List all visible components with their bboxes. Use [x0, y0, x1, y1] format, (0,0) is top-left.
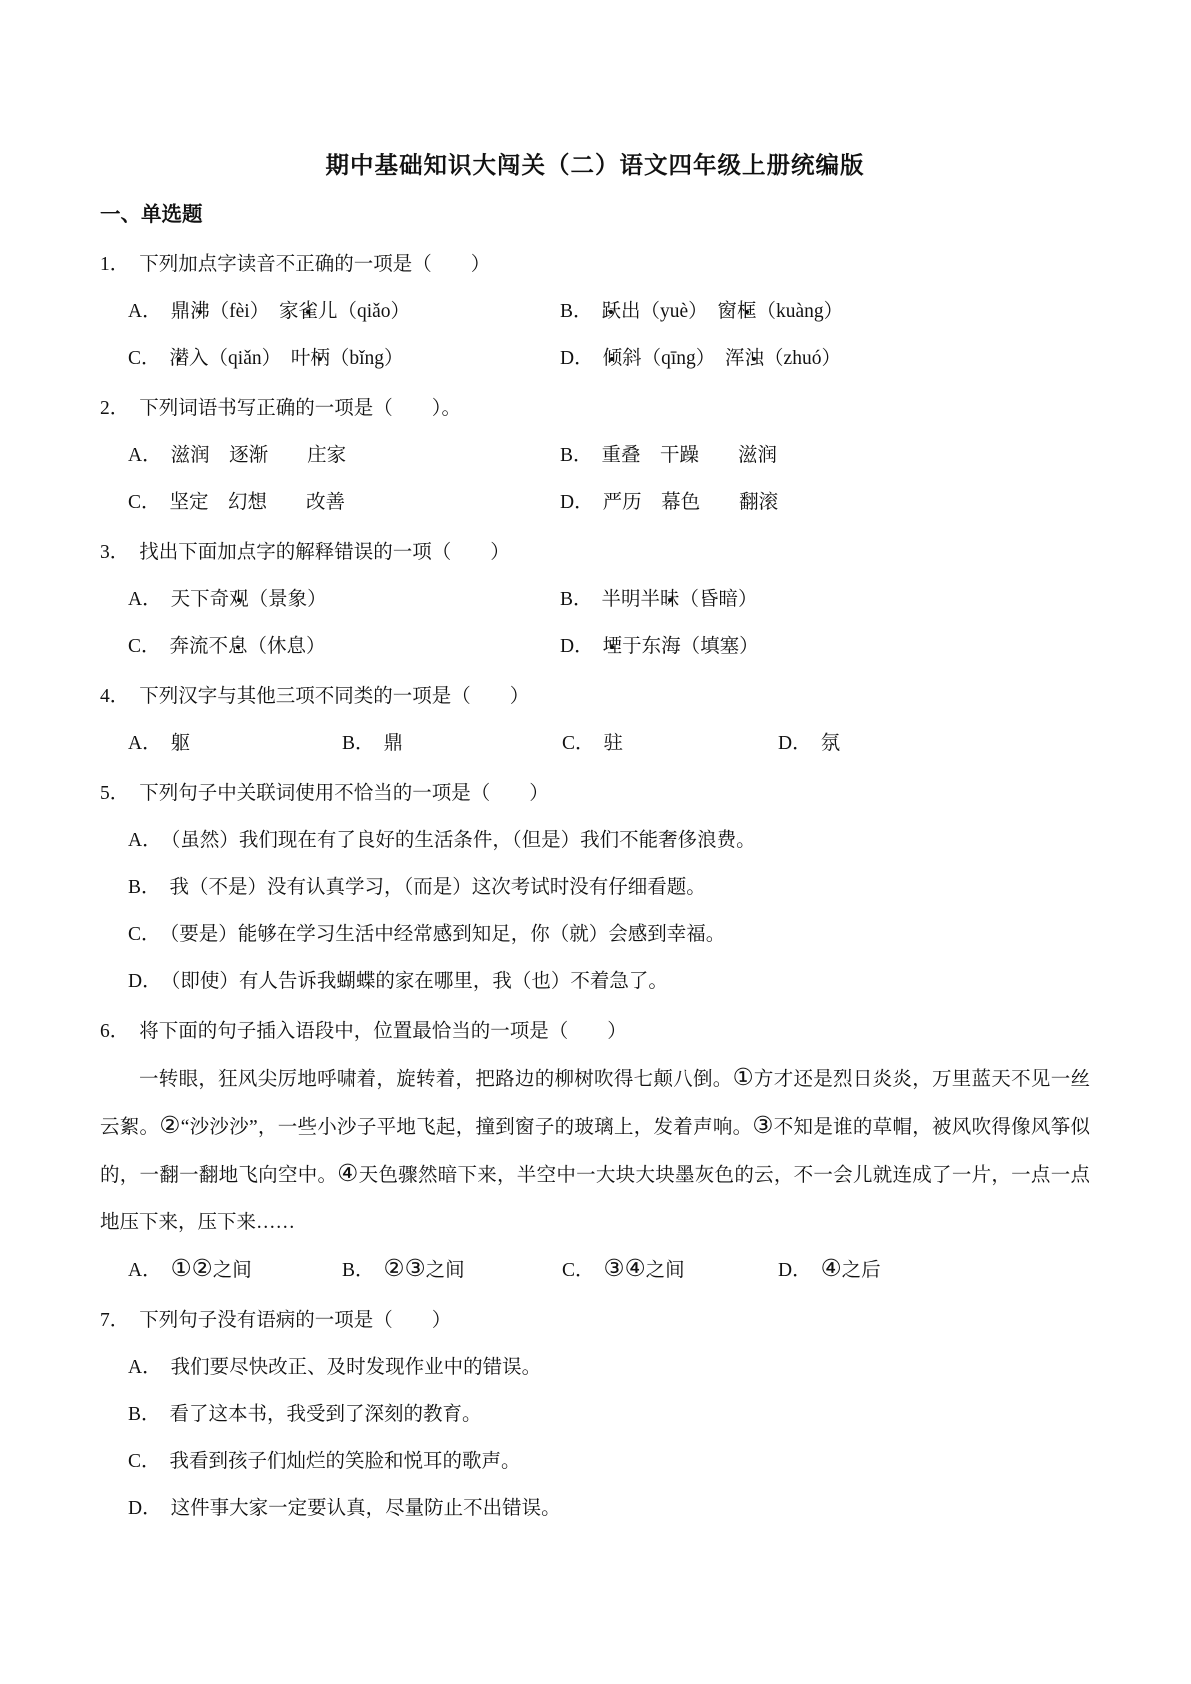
question-stem-text: 找出下面加点字的解释错误的一项（ ）	[139, 542, 510, 563]
question-stem: 1．下列加点字读音不正确的一项是（ ）	[100, 241, 1090, 288]
option-text: 氛	[821, 733, 841, 754]
question-7: 7．下列句子没有语病的一项是（ ） A．我们要尽快改正、及时发现作业中的错误。 …	[100, 1297, 1090, 1532]
option-text: （即使）有人告诉我蝴蝶的家在哪里，我（也）不着急了。	[171, 971, 668, 992]
question-stem: 3．找出下面加点字的解释错误的一项（ ）	[100, 529, 1090, 576]
option-label: D．	[560, 348, 594, 369]
option-row: A．①②之间 B．②③之间 C．③④之间 D．④之后	[100, 1246, 1090, 1294]
option-text: 我看到孩子们灿烂的笑脸和悦耳的歌声。	[170, 1451, 521, 1472]
question-number: 3．	[100, 542, 129, 563]
question-5: 5．下列句子中关联词使用不恰当的一项是（ ） A．（虽然）我们现在有了良好的生活…	[100, 770, 1090, 1005]
option-c: C．我看到孩子们灿烂的笑脸和悦耳的歌声。	[128, 1438, 1090, 1485]
question-stem: 4．下列汉字与其他三项不同类的一项是（ ）	[100, 673, 1090, 720]
option-text: 躯	[171, 733, 191, 754]
option-label: C．	[128, 348, 161, 369]
question-number: 2．	[100, 398, 129, 419]
section-heading: 一、单选题	[100, 191, 1090, 238]
option-text: 滋润 逐渐 庄家	[171, 445, 347, 466]
option-c: C．驻	[562, 720, 778, 767]
option-a: A．滋润 逐渐 庄家	[128, 432, 560, 479]
question-4: 4．下列汉字与其他三项不同类的一项是（ ） A．躯 B．鼎 C．驻 D．氛	[100, 673, 1090, 767]
option-text: ③④之间	[604, 1260, 685, 1281]
option-text: （虽然）我们现在有了良好的生活条件，（但是）我们不能奢侈浪费。	[171, 830, 756, 851]
option-label: C．	[562, 1260, 595, 1281]
option-label: B．	[560, 445, 593, 466]
option-text: 我（不是）没有认真学习，（而是）这次考试时没有仔细看题。	[170, 877, 706, 898]
option-d: D．这件事大家一定要认真，尽量防止不出错误。	[128, 1485, 1090, 1532]
option-label: C．	[128, 1451, 161, 1472]
question-3: 3．找出下面加点字的解释错误的一项（ ） A．天下奇观（景象） B．半明半昧（昏…	[100, 529, 1090, 670]
question-stem-text: 下列汉字与其他三项不同类的一项是（ ）	[139, 686, 529, 707]
option-label: A．	[128, 445, 162, 466]
option-text: 我们要尽快改正、及时发现作业中的错误。	[171, 1357, 542, 1378]
question-1: 1．下列加点字读音不正确的一项是（ ） A．鼎沸（fèi） 家雀儿（qiǎo） …	[100, 241, 1090, 382]
option-row: A．躯 B．鼎 C．驻 D．氛	[100, 720, 1090, 767]
option-label: B．	[342, 733, 375, 754]
option-b: B．②③之间	[342, 1246, 562, 1294]
option-row: A．鼎沸（fèi） 家雀儿（qiǎo） B．跃出（yuè） 窗框（kuàng）	[100, 288, 1090, 335]
option-a: A．我们要尽快改正、及时发现作业中的错误。	[128, 1344, 1090, 1391]
option-b: B．跃出（yuè） 窗框（kuàng）	[560, 288, 1090, 335]
option-text: 鼎	[384, 733, 404, 754]
option-text: （要是）能够在学习生活中经常感到知足，你（就）会感到幸福。	[170, 924, 726, 945]
option-d: D．严历 幕色 翻滚	[560, 479, 1090, 526]
option-text: ②③之间	[384, 1260, 465, 1281]
option-a: A．鼎沸（fèi） 家雀儿（qiǎo）	[128, 288, 560, 335]
option-b: B．鼎	[342, 720, 562, 767]
question-stem-text: 下列词语书写正确的一项是（ ）。	[139, 398, 461, 419]
question-number: 6．	[100, 1021, 129, 1042]
option-c: C．③④之间	[562, 1246, 778, 1294]
option-b: B．看了这本书，我受到了深刻的教育。	[128, 1391, 1090, 1438]
option-d: D．倾斜（qīng） 浑浊（zhuó）	[560, 335, 1090, 382]
question-number: 5．	[100, 783, 129, 804]
option-a: A．①②之间	[128, 1246, 342, 1294]
option-d: D．④之后	[778, 1246, 1090, 1294]
question-stem: 7．下列句子没有语病的一项是（ ）	[100, 1297, 1090, 1344]
option-a: A．躯	[128, 720, 342, 767]
option-text: 倾斜（qīng） 浑浊（zhuó）	[603, 348, 841, 369]
question-number: 1．	[100, 254, 129, 275]
option-a: A．天下奇观（景象）	[128, 576, 560, 623]
option-d: D．（即使）有人告诉我蝴蝶的家在哪里，我（也）不着急了。	[128, 958, 1090, 1005]
option-row: C．奔流不息（休息） D．堙于东海（填塞）	[100, 623, 1090, 670]
option-label: A．	[128, 1260, 162, 1281]
option-c: C．坚定 幻想 改善	[128, 479, 560, 526]
option-text: 看了这本书，我受到了深刻的教育。	[170, 1404, 482, 1425]
option-text: 严历 幕色 翻滚	[603, 492, 779, 513]
option-b: B．半明半昧（昏暗）	[560, 576, 1090, 623]
option-label: B．	[128, 1404, 161, 1425]
option-label: A．	[128, 1357, 162, 1378]
option-label: D．	[128, 971, 162, 992]
option-label: B．	[128, 877, 161, 898]
option-a: A．（虽然）我们现在有了良好的生活条件，（但是）我们不能奢侈浪费。	[128, 817, 1090, 864]
question-stem-text: 下列句子中关联词使用不恰当的一项是（ ）	[139, 783, 549, 804]
option-text: 重叠 干躁 滋润	[602, 445, 778, 466]
option-row: A．天下奇观（景象） B．半明半昧（昏暗）	[100, 576, 1090, 623]
option-label: C．	[562, 733, 595, 754]
question-stem-text: 下列加点字读音不正确的一项是（ ）	[139, 254, 490, 275]
option-text: 堙于东海（填塞）	[603, 636, 759, 657]
option-row: A．滋润 逐渐 庄家 B．重叠 干躁 滋润	[100, 432, 1090, 479]
option-label: C．	[128, 492, 161, 513]
option-b: B．我（不是）没有认真学习，（而是）这次考试时没有仔细看题。	[128, 864, 1090, 911]
question-stem: 2．下列词语书写正确的一项是（ ）。	[100, 385, 1090, 432]
option-label: C．	[128, 924, 161, 945]
option-text: 天下奇观（景象）	[171, 589, 327, 610]
option-text: 潜入（qiǎn） 叶柄（bǐng）	[170, 348, 404, 369]
option-text: 鼎沸（fèi） 家雀儿（qiǎo）	[171, 301, 410, 322]
option-label: A．	[128, 301, 162, 322]
option-label: C．	[128, 636, 161, 657]
option-label: B．	[560, 301, 593, 322]
option-label: D．	[128, 1498, 162, 1519]
option-d: D．氛	[778, 720, 1090, 767]
option-label: A．	[128, 589, 162, 610]
question-stem: 6．将下面的句子插入语段中，位置最恰当的一项是（ ）	[100, 1008, 1090, 1055]
option-text: ①②之间	[171, 1260, 252, 1281]
option-label: B．	[560, 589, 593, 610]
option-b: B．重叠 干躁 滋润	[560, 432, 1090, 479]
option-c: C．（要是）能够在学习生活中经常感到知足，你（就）会感到幸福。	[128, 911, 1090, 958]
option-label: D．	[560, 636, 594, 657]
option-text: 这件事大家一定要认真，尽量防止不出错误。	[171, 1498, 561, 1519]
question-6: 6．将下面的句子插入语段中，位置最恰当的一项是（ ） 一转眼，狂风尖厉地呼啸着，…	[100, 1008, 1090, 1294]
option-text: ④之后	[821, 1260, 881, 1281]
option-text: 驻	[604, 733, 624, 754]
question-stem-text: 将下面的句子插入语段中，位置最恰当的一项是（ ）	[139, 1021, 627, 1042]
option-row: C．坚定 幻想 改善 D．严历 幕色 翻滚	[100, 479, 1090, 526]
option-label: A．	[128, 733, 162, 754]
question-stem: 5．下列句子中关联词使用不恰当的一项是（ ）	[100, 770, 1090, 817]
page-title: 期中基础知识大闯关（二）语文四年级上册统编版	[100, 0, 1090, 189]
option-text: 奔流不息（休息）	[170, 636, 326, 657]
question-stem-text: 下列句子没有语病的一项是（ ）	[139, 1310, 451, 1331]
option-label: D．	[778, 733, 812, 754]
option-label: A．	[128, 830, 162, 851]
option-text: 坚定 幻想 改善	[170, 492, 346, 513]
option-label: D．	[778, 1260, 812, 1281]
question-2: 2．下列词语书写正确的一项是（ ）。 A．滋润 逐渐 庄家 B．重叠 干躁 滋润…	[100, 385, 1090, 526]
exam-page: 期中基础知识大闯关（二）语文四年级上册统编版 一、单选题 1．下列加点字读音不正…	[0, 0, 1191, 1684]
option-text: 跃出（yuè） 窗框（kuàng）	[602, 301, 844, 322]
option-label: B．	[342, 1260, 375, 1281]
question-number: 7．	[100, 1310, 129, 1331]
option-label: D．	[560, 492, 594, 513]
option-c: C．奔流不息（休息）	[128, 623, 560, 670]
option-c: C．潜入（qiǎn） 叶柄（bǐng）	[128, 335, 560, 382]
option-row: C．潜入（qiǎn） 叶柄（bǐng） D．倾斜（qīng） 浑浊（zhuó）	[100, 335, 1090, 382]
option-d: D．堙于东海（填塞）	[560, 623, 1090, 670]
option-text: 半明半昧（昏暗）	[602, 589, 758, 610]
question-number: 4．	[100, 686, 129, 707]
question-passage: 一转眼，狂风尖厉地呼啸着，旋转着，把路边的柳树吹得七颠八倒。①方才还是烈日炎炎，…	[100, 1055, 1090, 1246]
